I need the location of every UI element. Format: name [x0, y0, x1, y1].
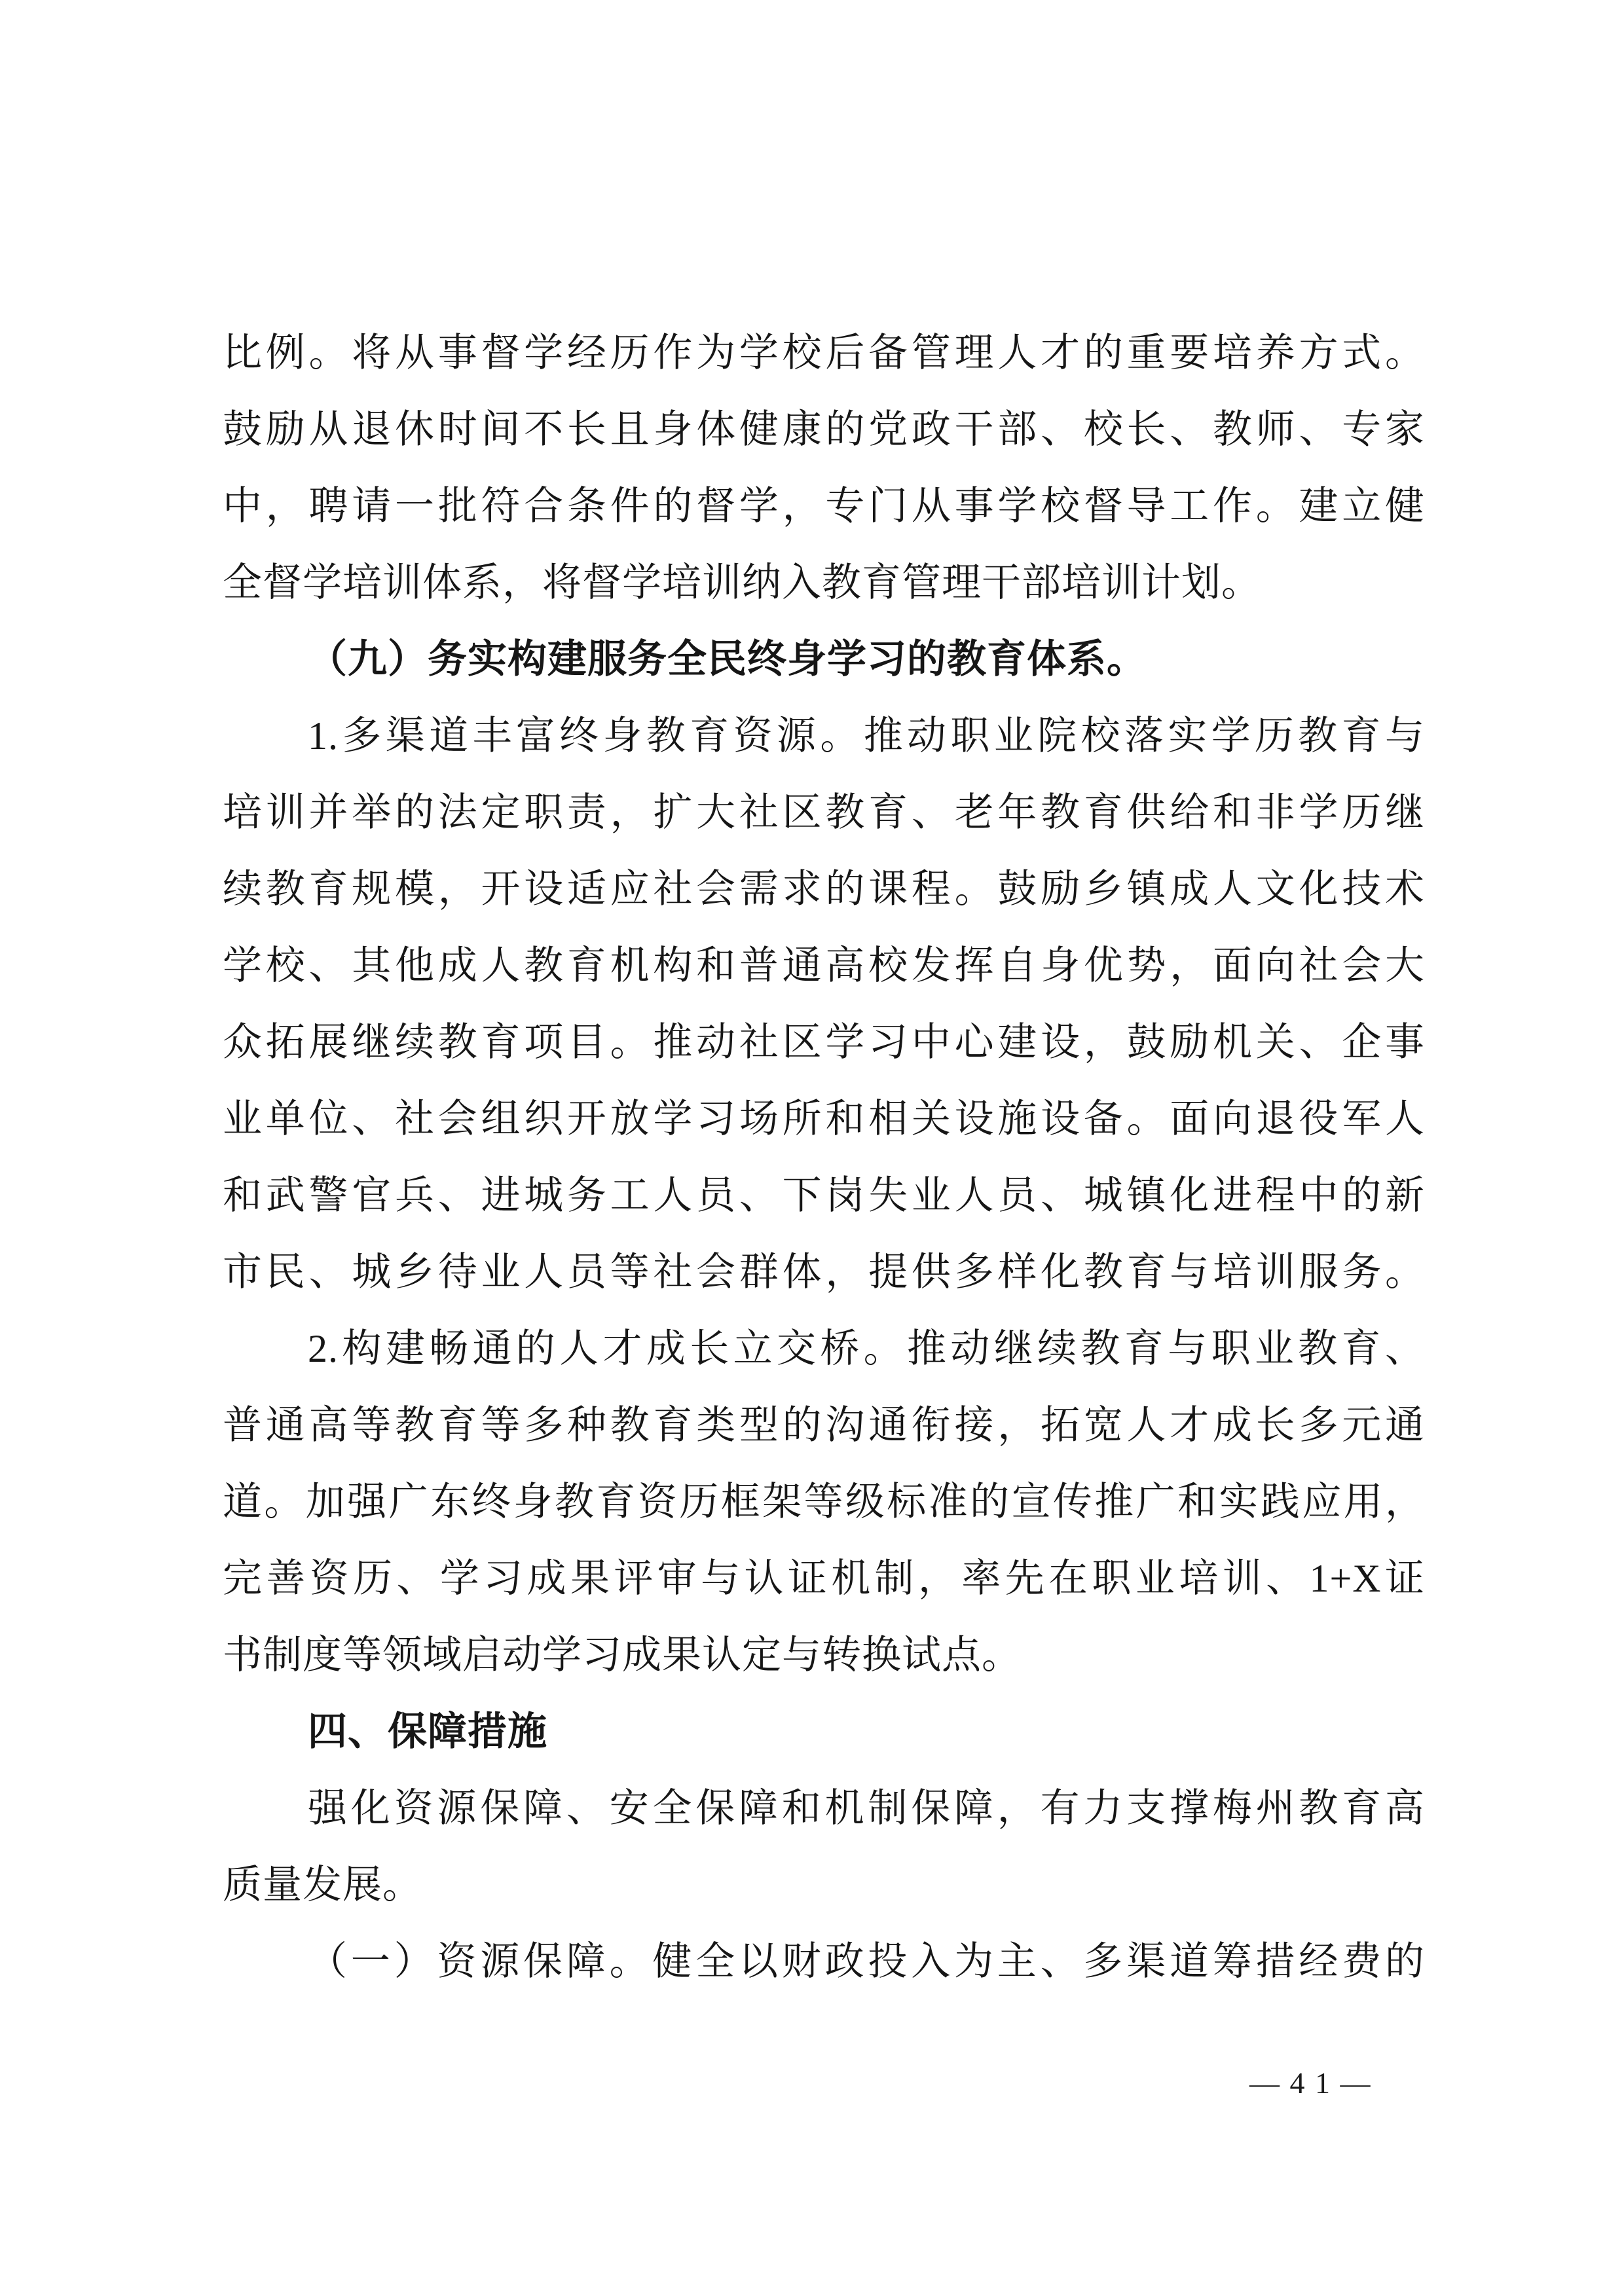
text-line: 书制度等领域启动学习成果认定与转换试点。: [223, 1617, 1425, 1694]
text-line: 1.多渠道丰富终身教育资源。推动职业院校落实学历教育与: [223, 698, 1425, 774]
paragraph-text: 推动继续教育与职业教育、: [907, 1327, 1425, 1370]
text-line: 鼓励从退休时间不长且身体健康的党政干部、校长、教师、专家: [223, 392, 1425, 468]
section-heading-nine: （九）务实构建服务全民终身学习的教育体系。: [223, 621, 1425, 698]
text-line: 全督学培训体系，将督学培训纳入教育管理干部培训计划。: [223, 545, 1425, 621]
text-line: 强化资源保障、安全保障和机制保障，有力支撑梅州教育高: [223, 1770, 1425, 1847]
paragraph-lead: 2.构建畅通的人才成长立交桥。: [308, 1327, 907, 1370]
text-line: 普通高等教育等多种教育类型的沟通衔接，拓宽人才成长多元通: [223, 1387, 1425, 1464]
paragraph-lead: （一）资源保障。: [308, 1940, 652, 1983]
paragraph-text: 健全以财政投入为主、多渠道筹措经费的: [652, 1940, 1425, 1983]
text-line: 道。加强广东终身教育资历框架等级标准的宣传推广和实践应用，: [223, 1464, 1425, 1540]
paragraph-lead: 1.多渠道丰富终身教育资源。: [308, 714, 864, 757]
text-line: 和武警官兵、进城务工人员、下岗失业人员、城镇化进程中的新: [223, 1157, 1425, 1234]
text-line: 质量发展。: [223, 1847, 1425, 1923]
document-page: 比例。将从事督学经历作为学校后备管理人才的重要培养方式。 鼓励从退休时间不长且身…: [0, 0, 1624, 2296]
text-line: 市民、城乡待业人员等社会群体，提供多样化教育与培训服务。: [223, 1234, 1425, 1311]
text-line: 中，聘请一批符合条件的督学，专门从事学校督导工作。建立健: [223, 468, 1425, 545]
text-line: 比例。将从事督学经历作为学校后备管理人才的重要培养方式。: [223, 315, 1425, 392]
text-line: 学校、其他成人教育机构和普通高校发挥自身优势，面向社会大: [223, 928, 1425, 1004]
text-line: 众拓展继续教育项目。推动社区学习中心建设，鼓励机关、企事: [223, 1004, 1425, 1081]
text-line: 业单位、社会组织开放学习场所和相关设施设备。面向退役军人: [223, 1081, 1425, 1157]
text-line: 2.构建畅通的人才成长立交桥。推动继续教育与职业教育、: [223, 1311, 1425, 1387]
paragraph-text: 推动职业院校落实学历教育与: [864, 714, 1425, 757]
text-line: 培训并举的法定职责，扩大社区教育、老年教育供给和非学历继: [223, 774, 1425, 851]
text-line: 续教育规模，开设适应社会需求的课程。鼓励乡镇成人文化技术: [223, 851, 1425, 928]
document-text-block: 比例。将从事督学经历作为学校后备管理人才的重要培养方式。 鼓励从退休时间不长且身…: [223, 315, 1425, 2000]
text-line: （一）资源保障。健全以财政投入为主、多渠道筹措经费的: [223, 1923, 1425, 2000]
page-number: — 4 1 —: [1249, 2066, 1420, 2100]
text-line: 完善资历、学习成果评审与认证机制，率先在职业培训、1+X证: [223, 1540, 1425, 1617]
section-heading-four: 四、保障措施: [223, 1694, 1425, 1770]
